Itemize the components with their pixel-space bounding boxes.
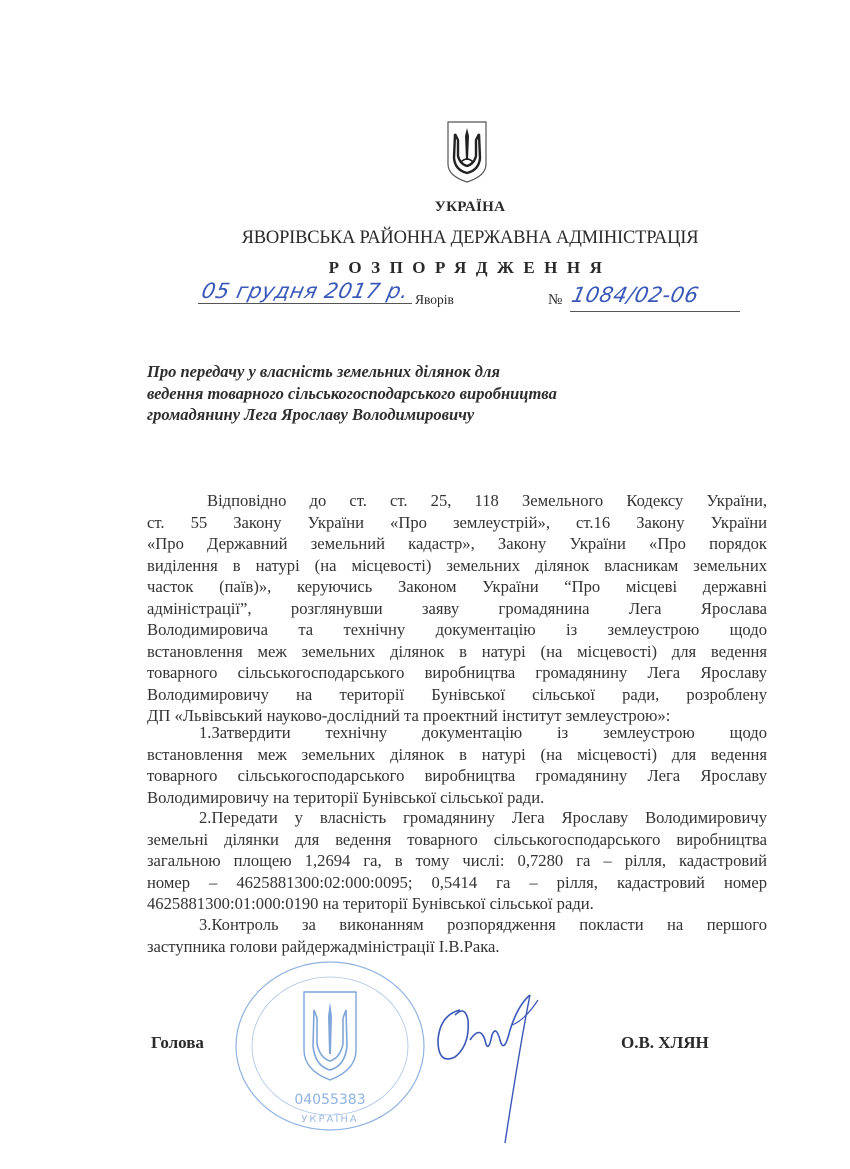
text-line: Володимировича та технічну документацію …	[147, 619, 767, 641]
text-line: 2.Передати у власність громадянину Лега …	[147, 807, 767, 829]
text-line: Володимировичу на території Бунівської с…	[147, 787, 767, 809]
handwritten-signature-icon	[430, 985, 560, 1145]
preamble-paragraph: Відповідно до ст. ст. 25, 118 Земельного…	[147, 490, 767, 727]
text-line: земельні ділянки для ведення товарного с…	[147, 829, 767, 851]
authority-heading: ЯВОРІВСЬКА РАЙОННА ДЕРЖАВНА АДМІНІСТРАЦІ…	[0, 228, 850, 249]
official-stamp-icon: 04055383 УКРАЇНА	[232, 958, 427, 1133]
number-underline	[570, 311, 740, 312]
item-2-paragraph: 2.Передати у власність громадянину Лега …	[147, 807, 767, 915]
signatory-name: О.В. ХЛЯН	[621, 1033, 709, 1053]
text-line: Володимировичу на території Бунівської с…	[147, 684, 767, 706]
text-line: адміністрації”, розглянувши заяву громад…	[147, 598, 767, 620]
ukraine-trident-emblem-icon	[446, 120, 488, 184]
document-type-heading: РОЗПОРЯДЖЕННЯ	[0, 258, 850, 278]
text-line: часток (паїв)», керуючись Законом Україн…	[147, 576, 767, 598]
subject-line: громадянину Лега Ярославу Володимировичу	[147, 404, 667, 426]
subject-line: Про передачу у власність земельних ділян…	[147, 361, 667, 383]
signatory-title: Голова	[151, 1033, 204, 1053]
handwritten-number: 1084/02-06	[569, 283, 701, 307]
text-line: виділення в натурі (на місцевості) земел…	[147, 555, 767, 577]
stamp-code: 04055383	[294, 1092, 365, 1108]
text-line: 4625881300:01:000:0190 на території Буні…	[147, 893, 767, 915]
stamp-country: УКРАЇНА	[301, 1112, 358, 1125]
country-heading: УКРАЇНА	[0, 199, 850, 216]
text-line: 1.Затвердити технічну документацію із зе…	[147, 722, 767, 744]
number-sign: №	[548, 292, 562, 309]
text-line: номер – 4625881300:02:000:0095; 0,5414 г…	[147, 872, 767, 894]
handwritten-date: 05 грудня 2017 р.	[199, 279, 410, 303]
item-1-paragraph: 1.Затвердити технічну документацію із зе…	[147, 722, 767, 808]
text-line: заступника голови райдержадміністрації І…	[147, 936, 767, 958]
text-line: товарного сільськогосподарського виробни…	[147, 765, 767, 787]
subject-line: ведення товарного сільськогосподарського…	[147, 383, 667, 405]
subject-title: Про передачу у власність земельних ділян…	[147, 361, 667, 426]
text-line: загальною площею 1,2694 га, в тому числі…	[147, 850, 767, 872]
text-line: «Про Державний земельний кадастр», Закон…	[147, 533, 767, 555]
date-underline	[198, 303, 412, 304]
item-3-paragraph: 3.Контроль за виконанням розпорядження п…	[147, 914, 767, 957]
text-line: товарного сільськогосподарського виробни…	[147, 662, 767, 684]
text-line: встановлення меж земельних ділянок в нат…	[147, 744, 767, 766]
text-line: 3.Контроль за виконанням розпорядження п…	[147, 914, 767, 936]
text-line: встановлення меж земельних ділянок в нат…	[147, 641, 767, 663]
text-line: Відповідно до ст. ст. 25, 118 Земельного…	[147, 490, 767, 512]
place-label: Яворів	[415, 292, 454, 308]
text-line: ст. 55 Закону України «Про землеустрій»,…	[147, 512, 767, 534]
